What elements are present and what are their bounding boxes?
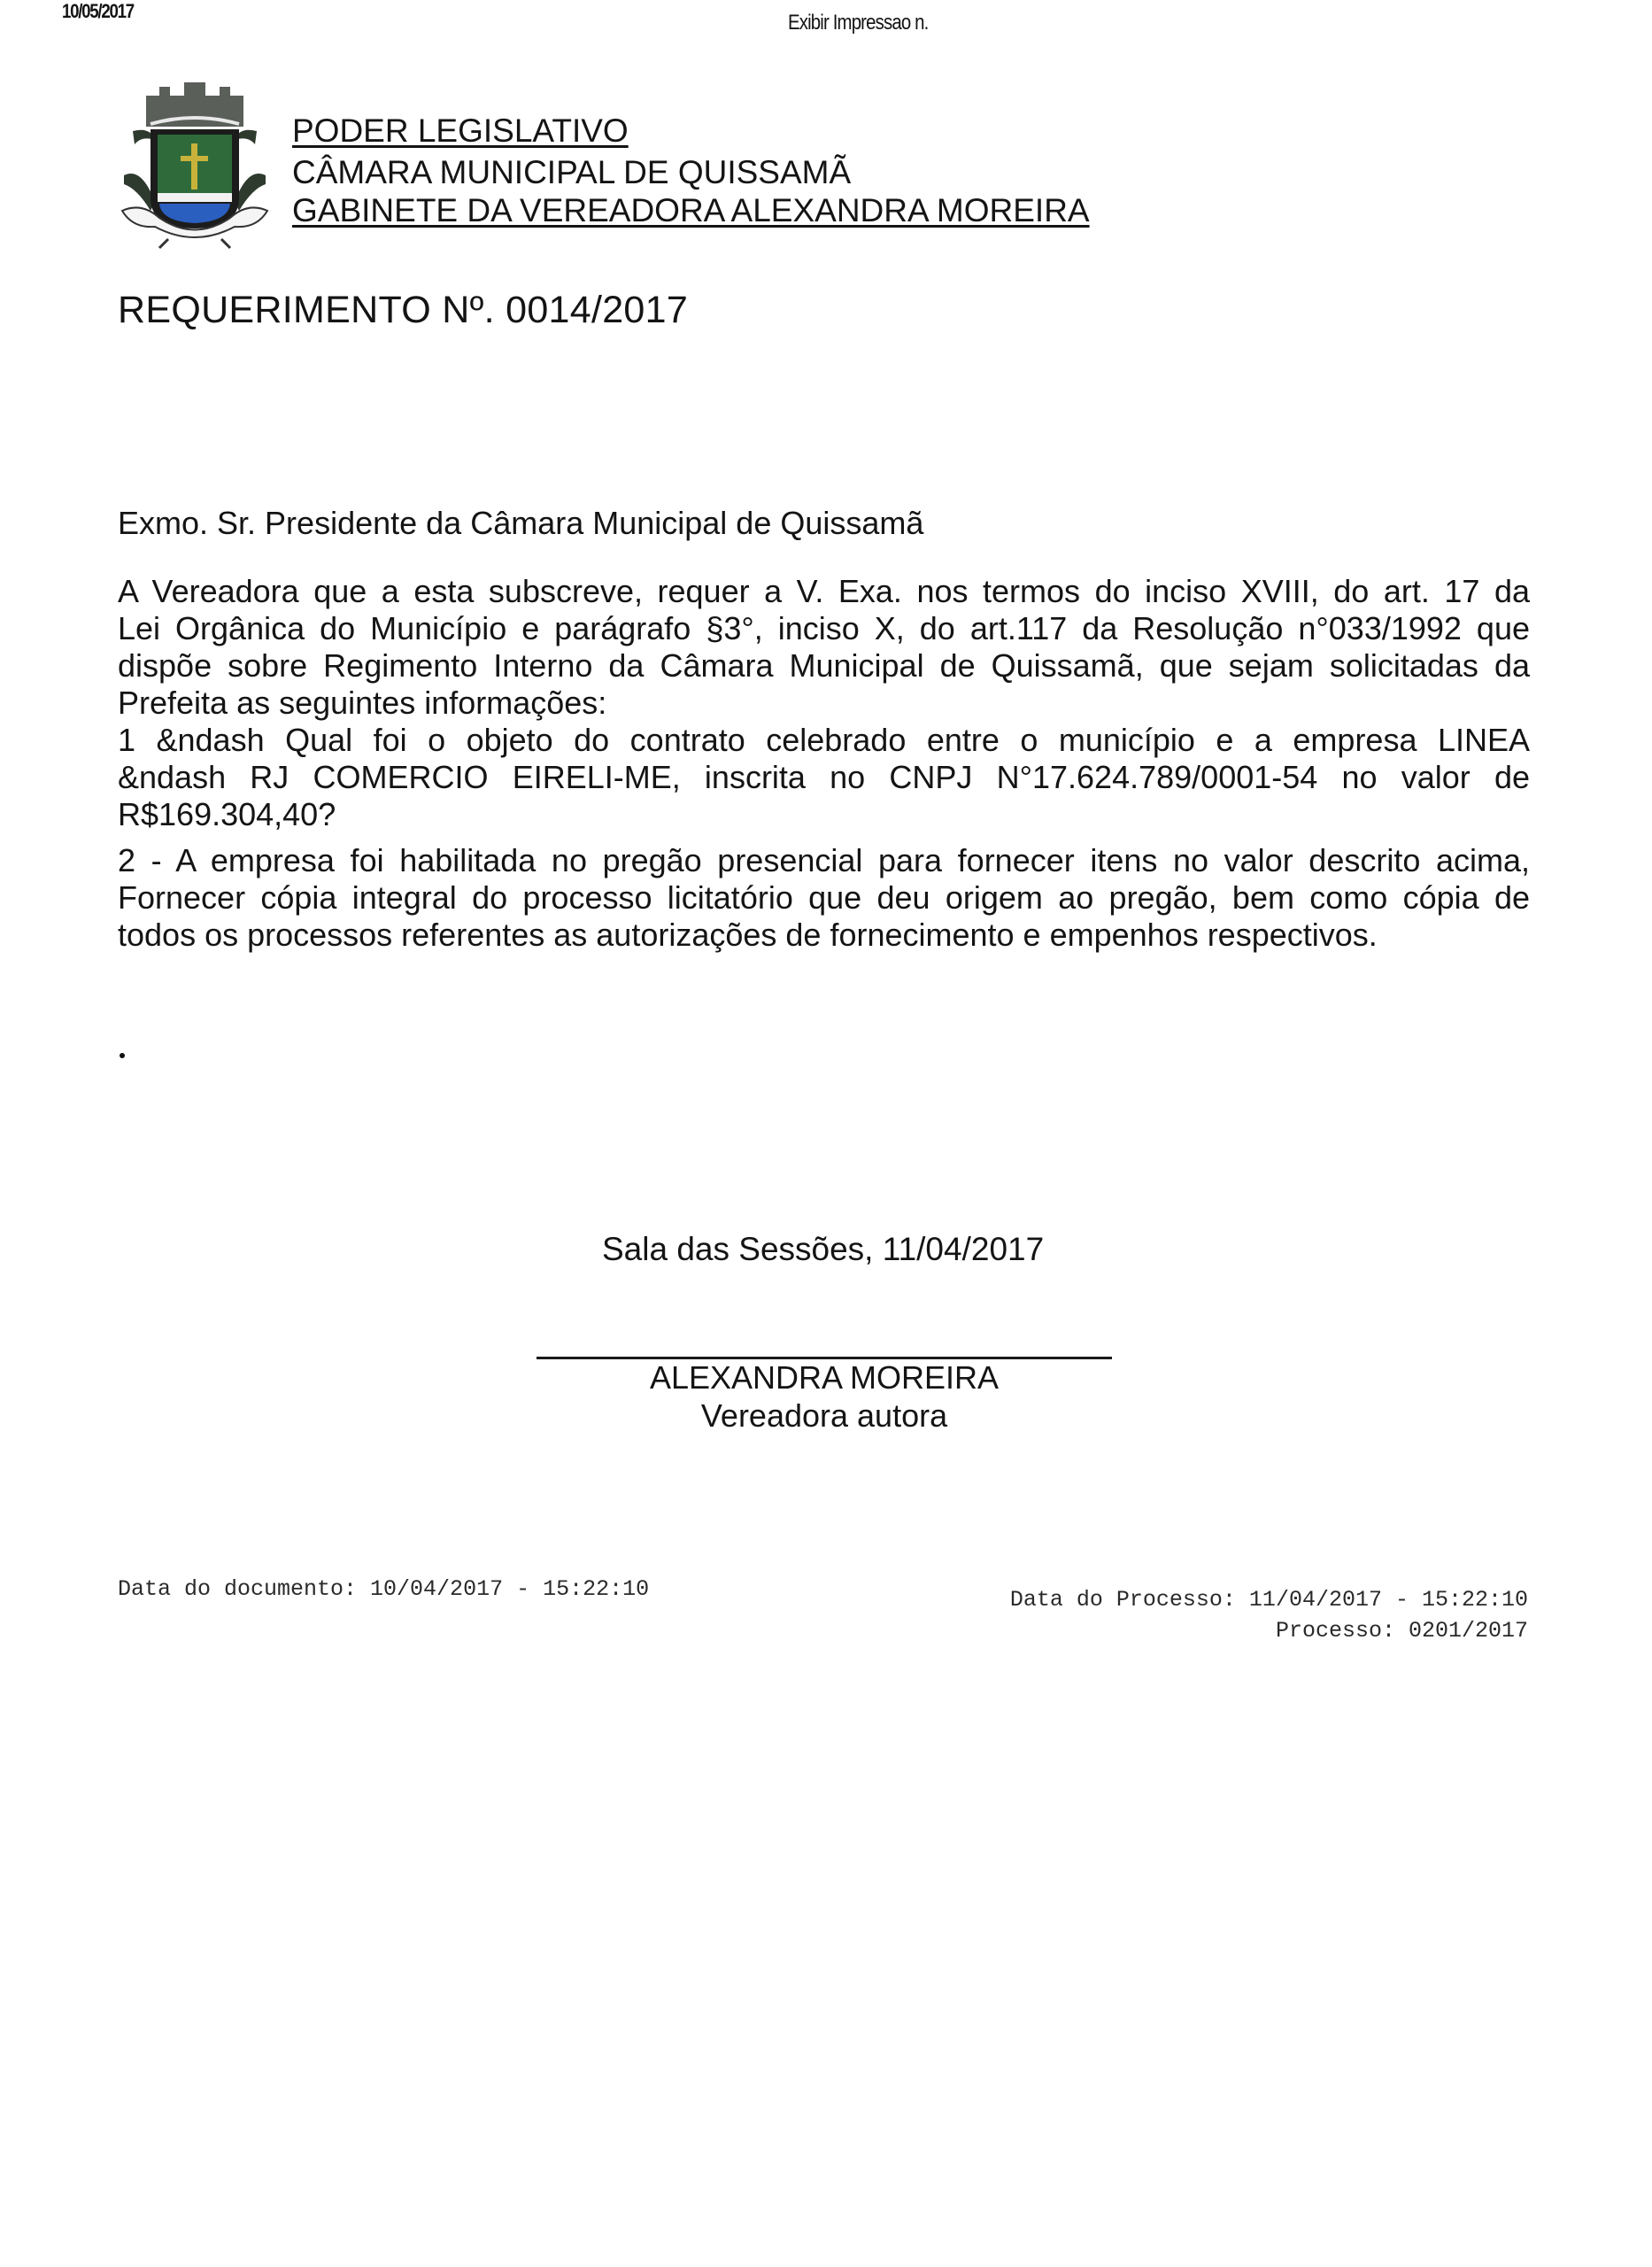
signatory-role: Vereadora autora [537, 1397, 1112, 1435]
body-line: 1 &ndash Qual foi o objeto do contrato c… [118, 723, 1530, 758]
body-line: Lei Orgânica do Município e parágrafo §3… [118, 611, 1530, 646]
print-title: Exibir Impressao n. [788, 11, 928, 35]
process-date: Data do Processo: 11/04/2017 - 15:22:10 [1010, 1587, 1528, 1613]
letterhead-line-2: CÂMARA MUNICIPAL DE QUISSAMÃ [292, 155, 851, 190]
document-date: Data do documento: 10/04/2017 - 15:22:10 [118, 1576, 649, 1602]
document-title: REQUERIMENTO Nº. 0014/2017 [118, 289, 688, 332]
place-date: Sala das Sessões, 11/04/2017 [602, 1231, 1044, 1268]
coat-of-arms-icon [115, 78, 274, 251]
letterhead-line-3: GABINETE DA VEREADORA ALEXANDRA MOREIRA [292, 193, 1090, 228]
signatory-name: ALEXANDRA MOREIRA [537, 1359, 1112, 1397]
body-line: &ndash RJ COMERCIO EIRELI-ME, inscrita n… [118, 760, 1530, 795]
body-line: todos os processos referentes as autoriz… [118, 917, 1530, 953]
body-line: A Vereadora que a esta subscreve, requer… [118, 574, 1530, 609]
body-line: Fornecer cópia integral do processo lici… [118, 880, 1530, 916]
body-line: 2 - A empresa foi habilitada no pregão p… [118, 843, 1530, 878]
process-number: Processo: 0201/2017 [1276, 1618, 1528, 1644]
stray-dot [120, 1053, 125, 1058]
greeting: Exmo. Sr. Presidente da Câmara Municipal… [118, 505, 923, 542]
letterhead-line-1: PODER LEGISLATIVO [292, 113, 629, 149]
body-line: dispõe sobre Regimento Interno da Câmara… [118, 648, 1530, 684]
print-date: 10/05/2017 [62, 0, 134, 23]
body-line: R$169.304,40? [118, 797, 1530, 832]
body-line: Prefeita as seguintes informações: [118, 685, 1530, 721]
